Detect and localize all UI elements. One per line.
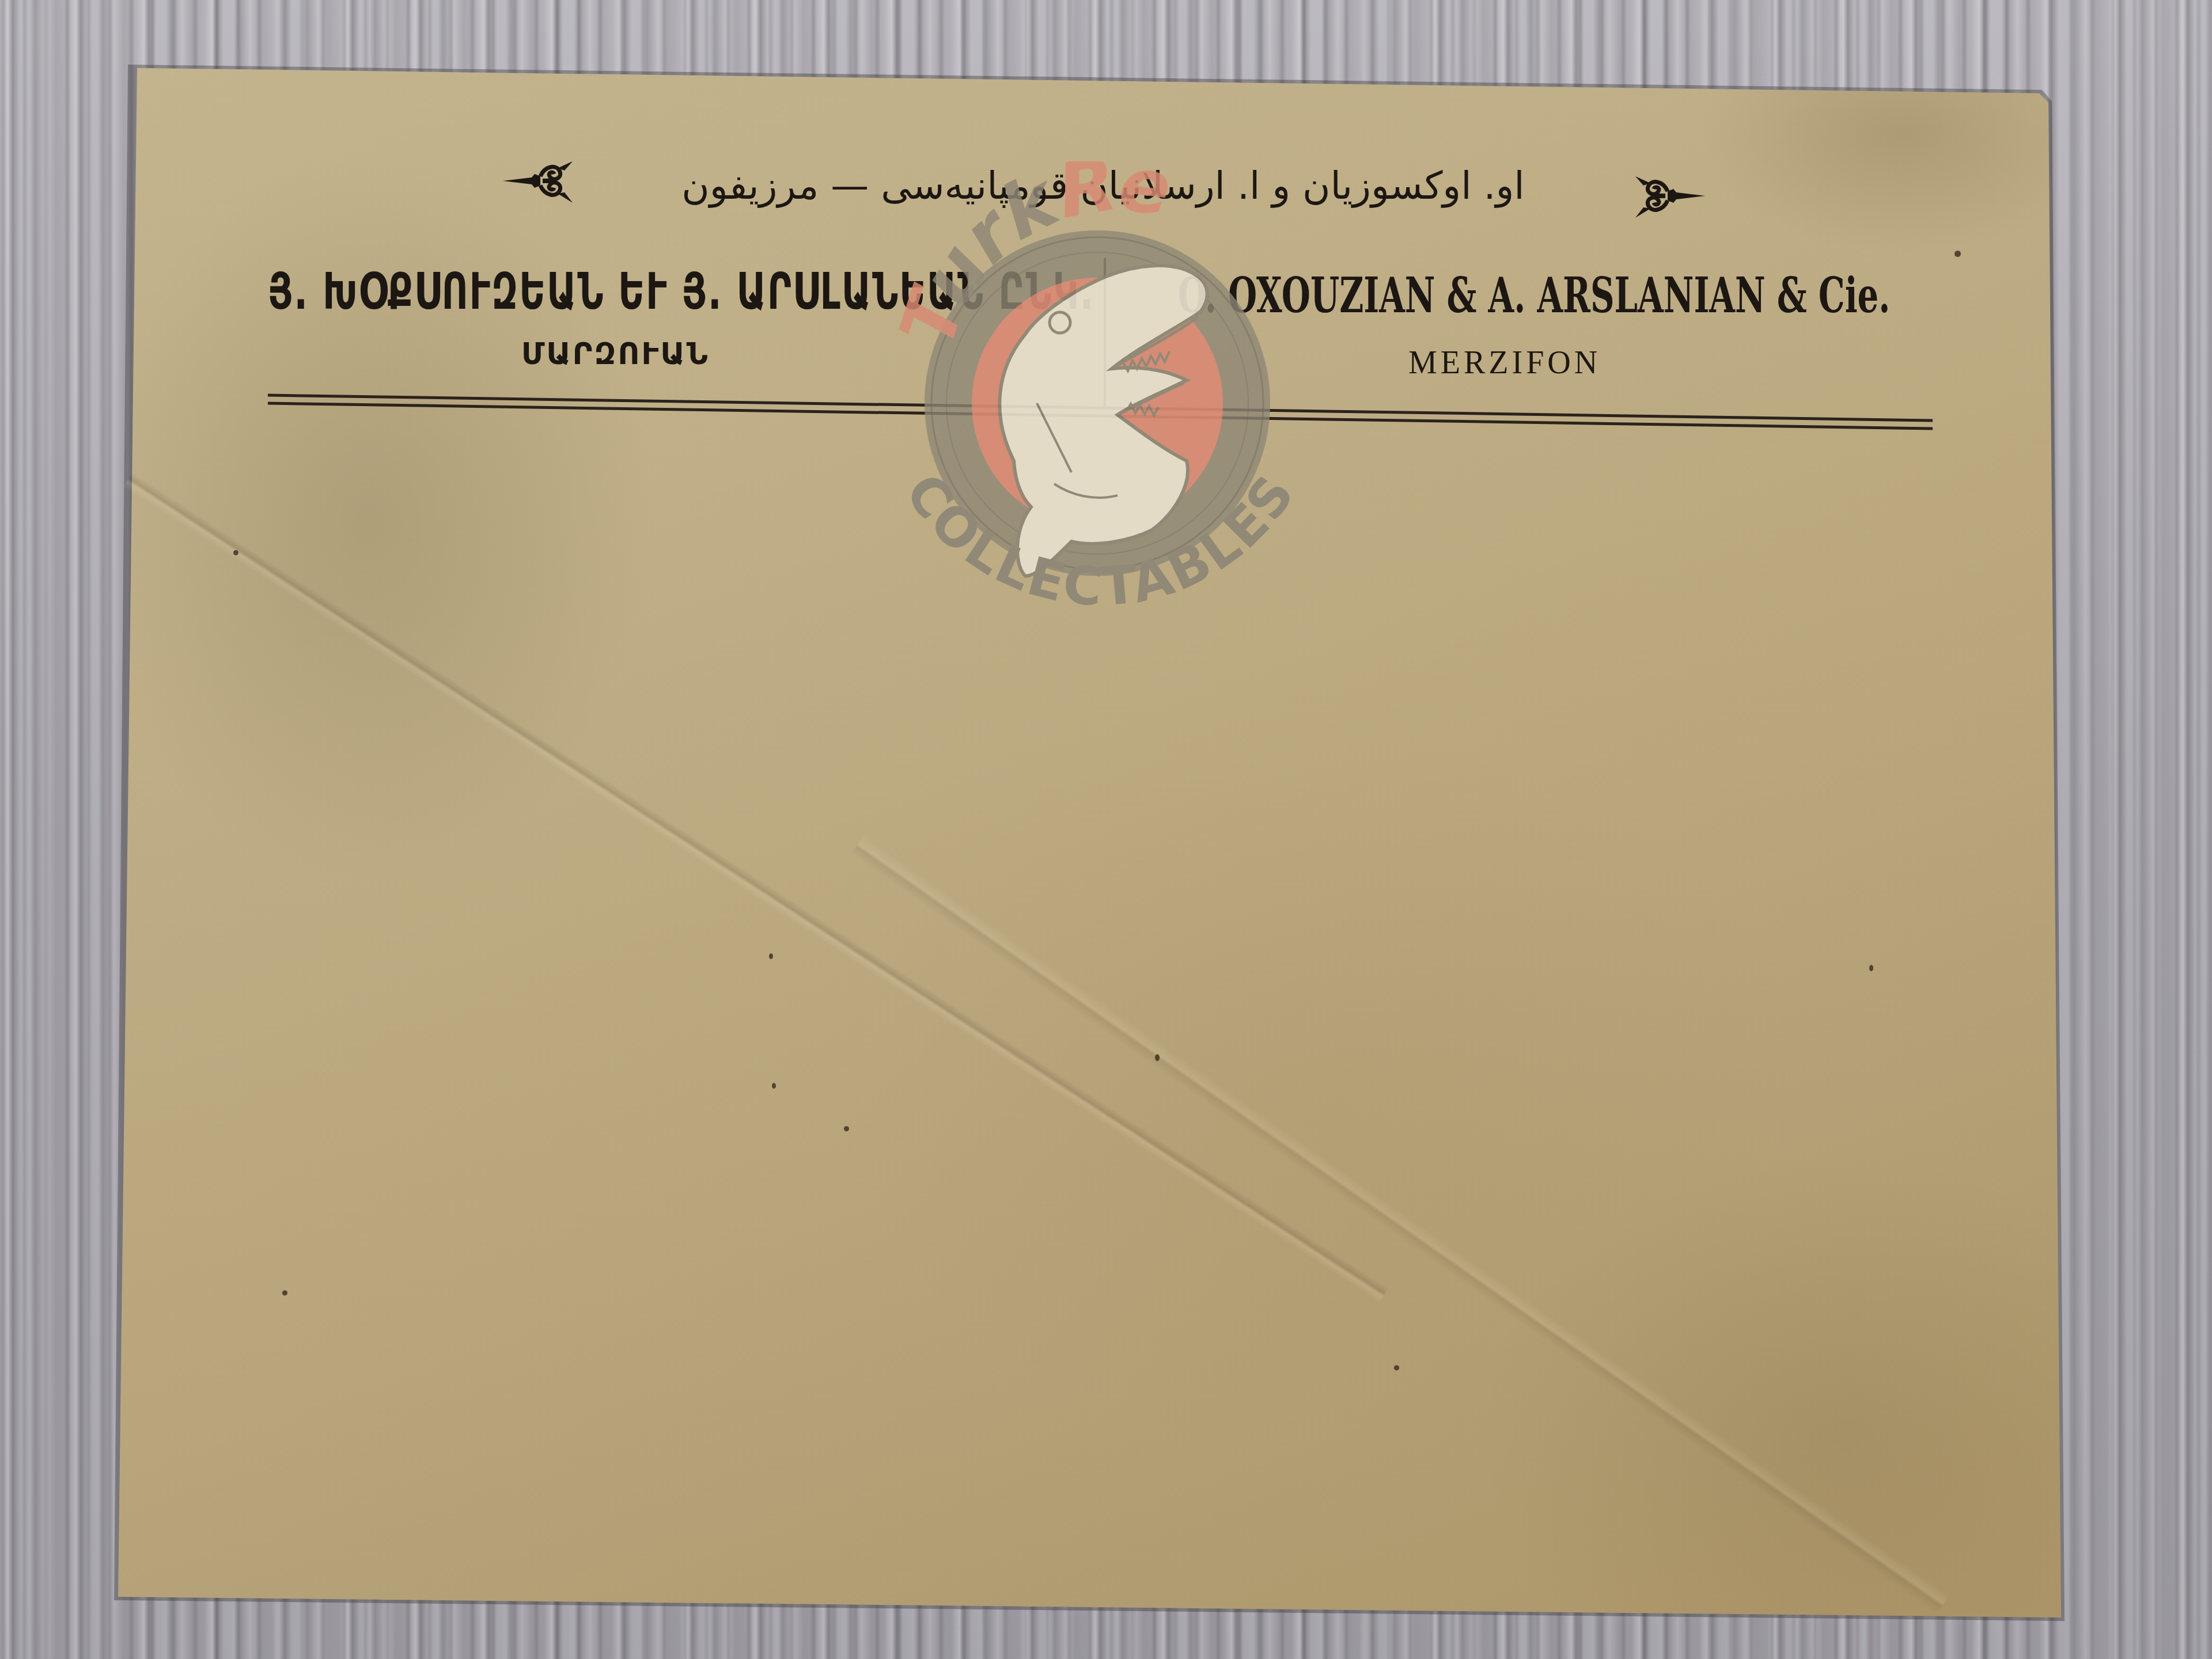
ink-speck [772,1083,776,1089]
armenian-city-name: ՄԱՐԶՈՒԱՆ [521,337,809,372]
ink-speck [769,953,773,959]
turkrex-watermark-logo: TurkRe COLLECTABLES [864,161,1336,657]
fleuron-ornament-icon [1633,172,1708,224]
fleuron-ornament-icon [500,157,575,209]
ink-speck [1869,965,1873,971]
ink-speck [282,1290,287,1296]
ink-speck [233,550,238,555]
ink-speck [1394,1365,1399,1370]
ink-speck [1955,251,1961,257]
envelope: او. اوكسوزيان و ا. ارسلانيان قومپانيه‌سى… [0,0,2212,1659]
brand-re: Re [1051,161,1176,236]
latin-city-name: MERZIFON [1408,344,1601,381]
ink-speck [844,1126,849,1131]
ink-speck [1155,1054,1160,1061]
